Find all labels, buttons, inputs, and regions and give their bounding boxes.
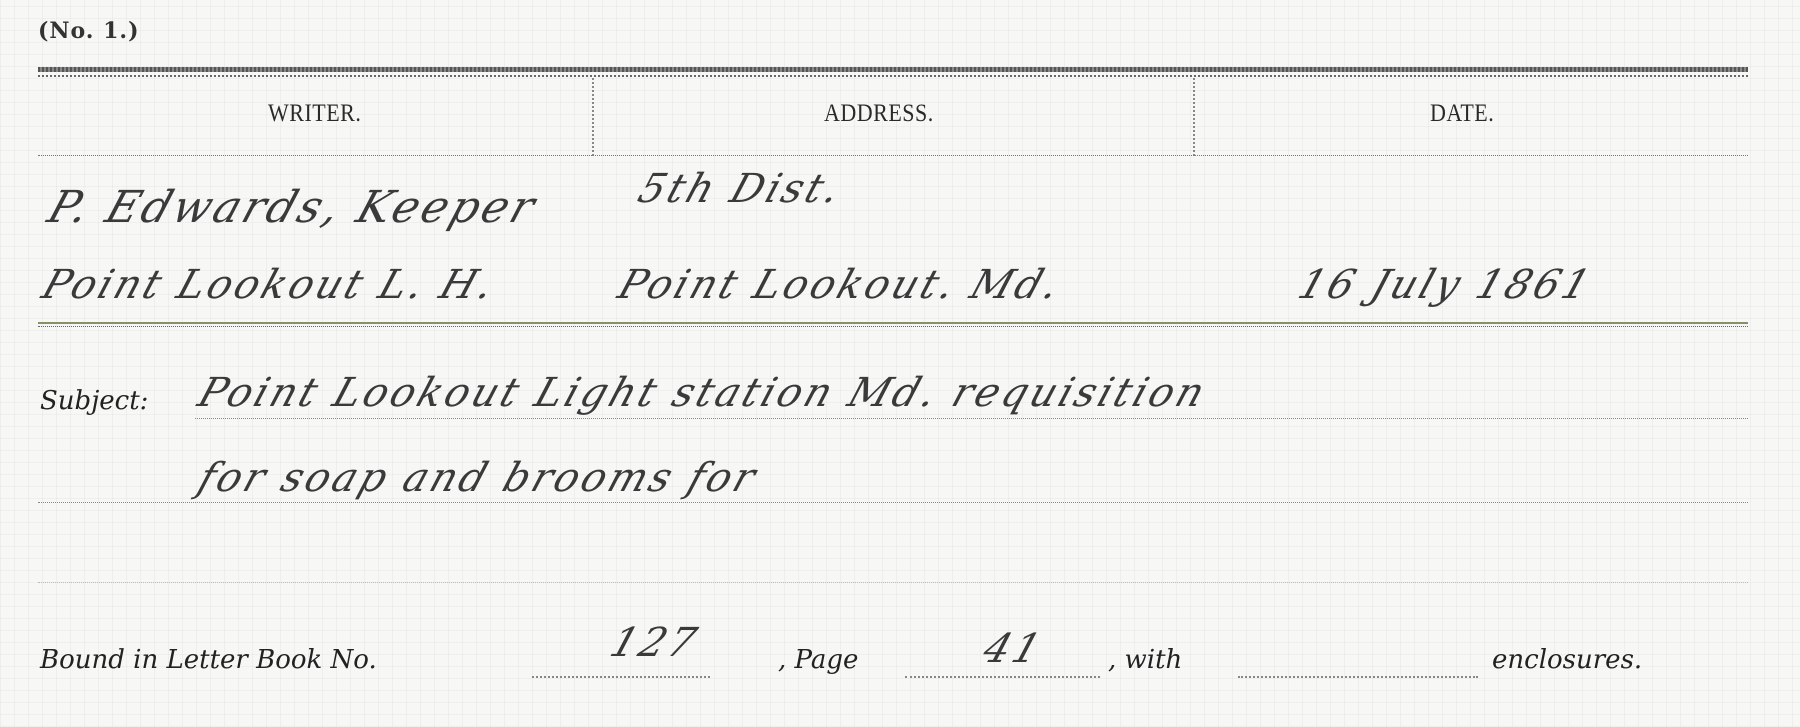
top-rule-thin	[38, 75, 1748, 77]
bound-in-label: Bound in Letter Book No.	[40, 645, 377, 675]
subject-line-1: Point Lookout Light station Md. requisit…	[193, 370, 1214, 416]
district: 5th Dist.	[633, 166, 849, 212]
subject-label: Subject:	[40, 386, 148, 416]
page-number-value: 41	[978, 626, 1050, 672]
column-header-writer: WRITER.	[268, 98, 361, 128]
entry-underline	[38, 322, 1748, 324]
subject-rule-1	[195, 418, 1748, 419]
book-number-value: 127	[605, 620, 705, 666]
entry-underline-dotted	[38, 326, 1748, 327]
page-number-field-line	[905, 676, 1100, 678]
date-value: 16 July 1861	[1293, 262, 1599, 308]
subject-rule-2	[38, 502, 1748, 503]
ledger-page: (No. 1.) WRITER. ADDRESS. DATE. P. Edwar…	[0, 0, 1800, 727]
address-value: Point Lookout. Md.	[613, 262, 1068, 308]
enclosures-label: enclosures.	[1492, 645, 1642, 675]
subject-rule-3	[38, 582, 1748, 583]
writer-station: Point Lookout L. H.	[37, 262, 503, 308]
column-header-address: ADDRESS.	[824, 98, 934, 128]
header-rule	[38, 155, 1748, 156]
top-rule-thick	[38, 67, 1748, 72]
column-divider-2	[1193, 78, 1195, 156]
subject-line-2: for soap and brooms for	[193, 455, 764, 501]
column-divider-1	[592, 78, 594, 156]
with-label: , with	[1108, 645, 1182, 675]
book-number-field-line	[532, 676, 710, 678]
enclosures-field-line	[1238, 676, 1478, 678]
form-number: (No. 1.)	[38, 18, 140, 44]
column-header-date: DATE.	[1430, 98, 1494, 128]
page-label: , Page	[778, 645, 858, 675]
writer-name: P. Edwards, Keeper	[42, 182, 544, 233]
